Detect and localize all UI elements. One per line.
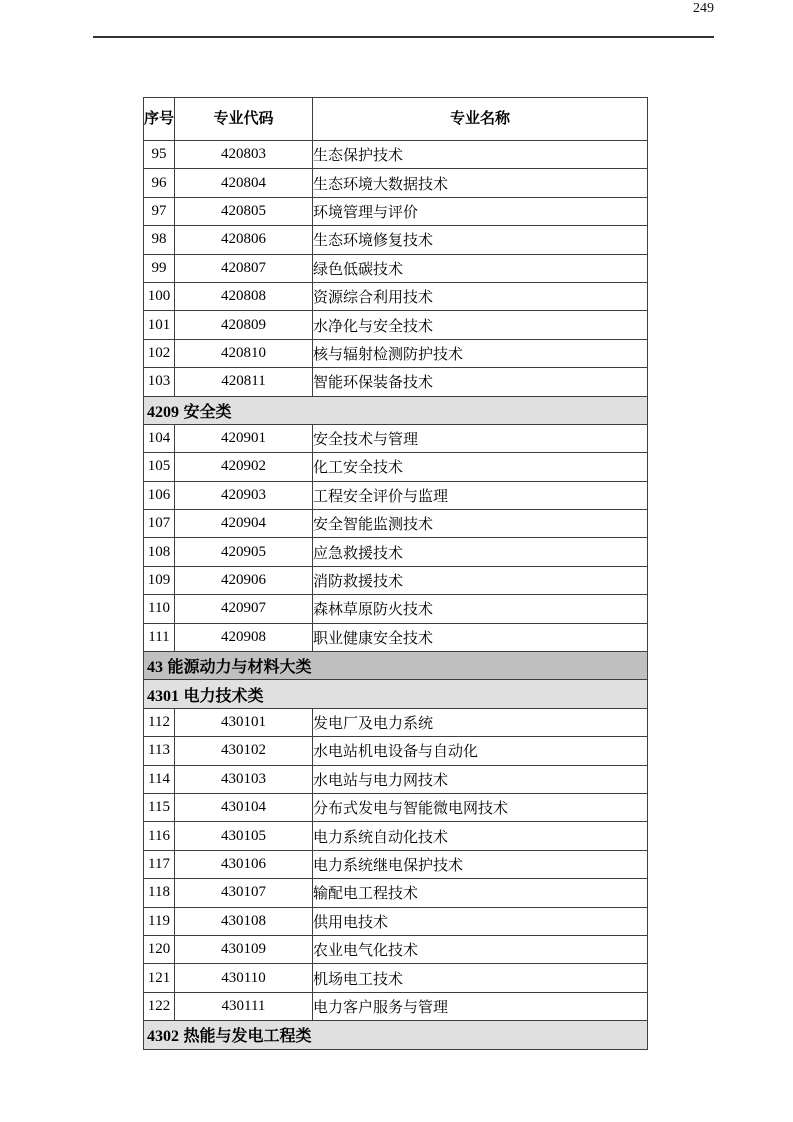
table-row: 101420809水净化与安全技术 [144,311,648,339]
specialty-code-cell: 420811 [175,368,313,396]
specialty-name-cell: 生态保护技术 [313,141,648,169]
specialty-name-cell: 工程安全评价与监理 [313,481,648,509]
table-row: 98420806生态环境修复技术 [144,226,648,254]
table-row: 121430110机场电工技术 [144,964,648,992]
specialty-code-cell: 430104 [175,793,313,821]
specialty-name-cell: 资源综合利用技术 [313,282,648,310]
row-number-cell: 101 [144,311,175,339]
specialty-name-cell: 应急救援技术 [313,538,648,566]
specialty-name-cell: 生态环境修复技术 [313,226,648,254]
specialty-code-cell: 420806 [175,226,313,254]
section-cell: 4302 热能与发电工程类 [144,1021,648,1049]
section-label: 电力技术类 [183,688,263,705]
specialty-code-cell: 420810 [175,339,313,367]
specialty-code-cell: 420804 [175,169,313,197]
row-number-cell: 122 [144,992,175,1020]
row-number-cell: 111 [144,623,175,651]
table-row: 109420906消防救援技术 [144,566,648,594]
table-row: 119430108供用电技术 [144,907,648,935]
row-number-cell: 113 [144,737,175,765]
specialty-code-cell: 420907 [175,595,313,623]
specialty-name-cell: 电力客户服务与管理 [313,992,648,1020]
row-number-cell: 109 [144,566,175,594]
specialty-name-cell: 农业电气化技术 [313,935,648,963]
specialty-code-cell: 430102 [175,737,313,765]
section-cell: 43 能源动力与材料大类 [144,652,648,680]
specialty-code-cell: 420805 [175,197,313,225]
row-number-cell: 115 [144,793,175,821]
specialty-name-cell: 化工安全技术 [313,453,648,481]
specialty-code-cell: 430106 [175,850,313,878]
specialty-code-cell: 420809 [175,311,313,339]
column-header-code: 专业代码 [175,98,313,141]
table-row: 111420908职业健康安全技术 [144,623,648,651]
specialty-code-cell: 420807 [175,254,313,282]
row-number-cell: 121 [144,964,175,992]
table-row: 117430106电力系统继电保护技术 [144,850,648,878]
section-code: 43 [147,659,163,676]
specialty-code-cell: 420901 [175,424,313,452]
specialty-name-cell: 水净化与安全技术 [313,311,648,339]
row-number-cell: 97 [144,197,175,225]
specialty-name-cell: 消防救援技术 [313,566,648,594]
specialty-code-cell: 420908 [175,623,313,651]
section-row-4302: 4302 热能与发电工程类 [144,1021,648,1049]
table-row: 114430103水电站与电力网技术 [144,765,648,793]
specialty-code-cell: 430103 [175,765,313,793]
table-row: 122430111电力客户服务与管理 [144,992,648,1020]
row-number-cell: 108 [144,538,175,566]
row-number-cell: 117 [144,850,175,878]
specialty-catalog-table: 序号 专业代码 专业名称 95420803生态保护技术96420804生态环境大… [143,97,648,1050]
table-row: 95420803生态保护技术 [144,141,648,169]
row-number-cell: 112 [144,708,175,736]
specialty-code-cell: 420903 [175,481,313,509]
specialty-name-cell: 职业健康安全技术 [313,623,648,651]
table-row: 110420907森林草原防火技术 [144,595,648,623]
document-page: 249 序号 专业代码 专业名称 95420803生态保护技术96420804生… [0,0,793,1122]
section-label: 安全类 [183,404,231,421]
specialty-name-cell: 电力系统自动化技术 [313,822,648,850]
table-row: 96420804生态环境大数据技术 [144,169,648,197]
specialty-name-cell: 生态环境大数据技术 [313,169,648,197]
section-label: 能源动力与材料大类 [167,659,311,676]
table-row: 112430101发电厂及电力系统 [144,708,648,736]
row-number-cell: 107 [144,510,175,538]
specialty-name-cell: 核与辐射检测防护技术 [313,339,648,367]
specialty-code-cell: 430110 [175,964,313,992]
table-row: 118430107输配电工程技术 [144,879,648,907]
specialty-code-cell: 420906 [175,566,313,594]
section-code: 4302 [147,1028,179,1045]
specialty-name-cell: 环境管理与评价 [313,197,648,225]
row-number-cell: 114 [144,765,175,793]
section-label: 热能与发电工程类 [183,1028,311,1045]
specialty-code-cell: 430107 [175,879,313,907]
row-number-cell: 118 [144,879,175,907]
specialty-name-cell: 森林草原防火技术 [313,595,648,623]
table-body: 95420803生态保护技术96420804生态环境大数据技术97420805环… [144,141,648,1050]
table-row: 108420905应急救援技术 [144,538,648,566]
section-row-4209: 4209 安全类 [144,396,648,424]
table-row: 120430109农业电气化技术 [144,935,648,963]
section-code: 4301 [147,688,179,705]
row-number-cell: 95 [144,141,175,169]
table-row: 99420807绿色低碳技术 [144,254,648,282]
table-row: 115430104分布式发电与智能微电网技术 [144,793,648,821]
specialty-code-cell: 430108 [175,907,313,935]
row-number-cell: 104 [144,424,175,452]
column-header-name: 专业名称 [313,98,648,141]
specialty-name-cell: 绿色低碳技术 [313,254,648,282]
table-row: 106420903工程安全评价与监理 [144,481,648,509]
table-row: 116430105电力系统自动化技术 [144,822,648,850]
specialty-code-cell: 430111 [175,992,313,1020]
row-number-cell: 110 [144,595,175,623]
row-number-cell: 116 [144,822,175,850]
specialty-code-cell: 420905 [175,538,313,566]
specialty-name-cell: 安全智能监测技术 [313,510,648,538]
header-rule [93,36,714,38]
row-number-cell: 96 [144,169,175,197]
section-cell: 4301 电力技术类 [144,680,648,708]
table-row: 102420810核与辐射检测防护技术 [144,339,648,367]
specialty-name-cell: 安全技术与管理 [313,424,648,452]
table-row: 97420805环境管理与评价 [144,197,648,225]
section-row-43: 43 能源动力与材料大类 [144,652,648,680]
specialty-code-cell: 420904 [175,510,313,538]
specialty-code-cell: 420902 [175,453,313,481]
specialty-name-cell: 智能环保装备技术 [313,368,648,396]
specialty-code-cell: 430105 [175,822,313,850]
row-number-cell: 119 [144,907,175,935]
row-number-cell: 100 [144,282,175,310]
table-row: 107420904安全智能监测技术 [144,510,648,538]
column-header-no: 序号 [144,98,175,141]
specialty-name-cell: 机场电工技术 [313,964,648,992]
specialty-name-cell: 供用电技术 [313,907,648,935]
row-number-cell: 105 [144,453,175,481]
row-number-cell: 102 [144,339,175,367]
section-code: 4209 [147,404,179,421]
specialty-name-cell: 输配电工程技术 [313,879,648,907]
row-number-cell: 98 [144,226,175,254]
table-header-row: 序号 专业代码 专业名称 [144,98,648,141]
row-number-cell: 106 [144,481,175,509]
specialty-code-cell: 420803 [175,141,313,169]
table-row: 100420808资源综合利用技术 [144,282,648,310]
section-cell: 4209 安全类 [144,396,648,424]
row-number-cell: 120 [144,935,175,963]
row-number-cell: 99 [144,254,175,282]
specialty-name-cell: 电力系统继电保护技术 [313,850,648,878]
section-row-4301: 4301 电力技术类 [144,680,648,708]
table-row: 103420811智能环保装备技术 [144,368,648,396]
table-row: 105420902化工安全技术 [144,453,648,481]
specialty-name-cell: 水电站与电力网技术 [313,765,648,793]
specialty-name-cell: 分布式发电与智能微电网技术 [313,793,648,821]
table-row: 104420901安全技术与管理 [144,424,648,452]
specialty-code-cell: 420808 [175,282,313,310]
row-number-cell: 103 [144,368,175,396]
specialty-name-cell: 发电厂及电力系统 [313,708,648,736]
table-row: 113430102水电站机电设备与自动化 [144,737,648,765]
specialty-name-cell: 水电站机电设备与自动化 [313,737,648,765]
specialty-code-cell: 430101 [175,708,313,736]
specialty-code-cell: 430109 [175,935,313,963]
page-number: 249 [93,1,714,17]
